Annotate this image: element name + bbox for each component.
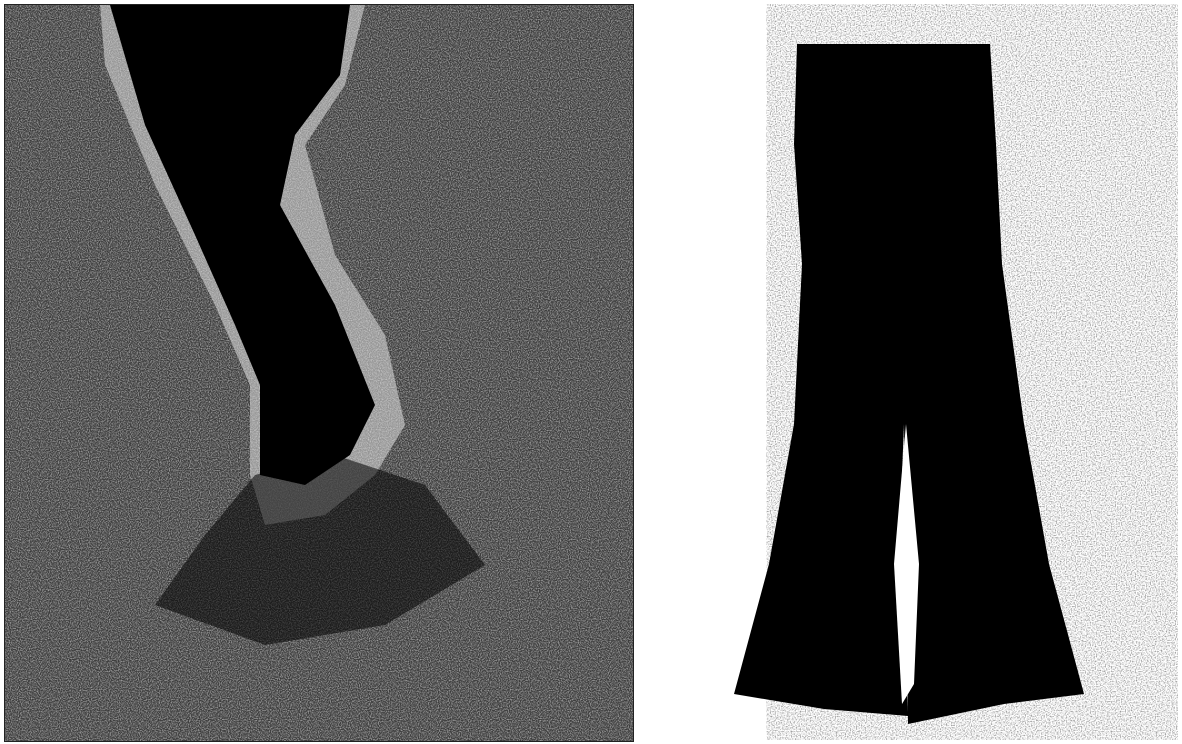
flared-trousers-photo	[644, 4, 1178, 740]
flared-trousers-illustration	[644, 4, 1178, 740]
foot-trouser-photo	[4, 4, 634, 742]
foot-trouser-illustration	[5, 5, 633, 741]
